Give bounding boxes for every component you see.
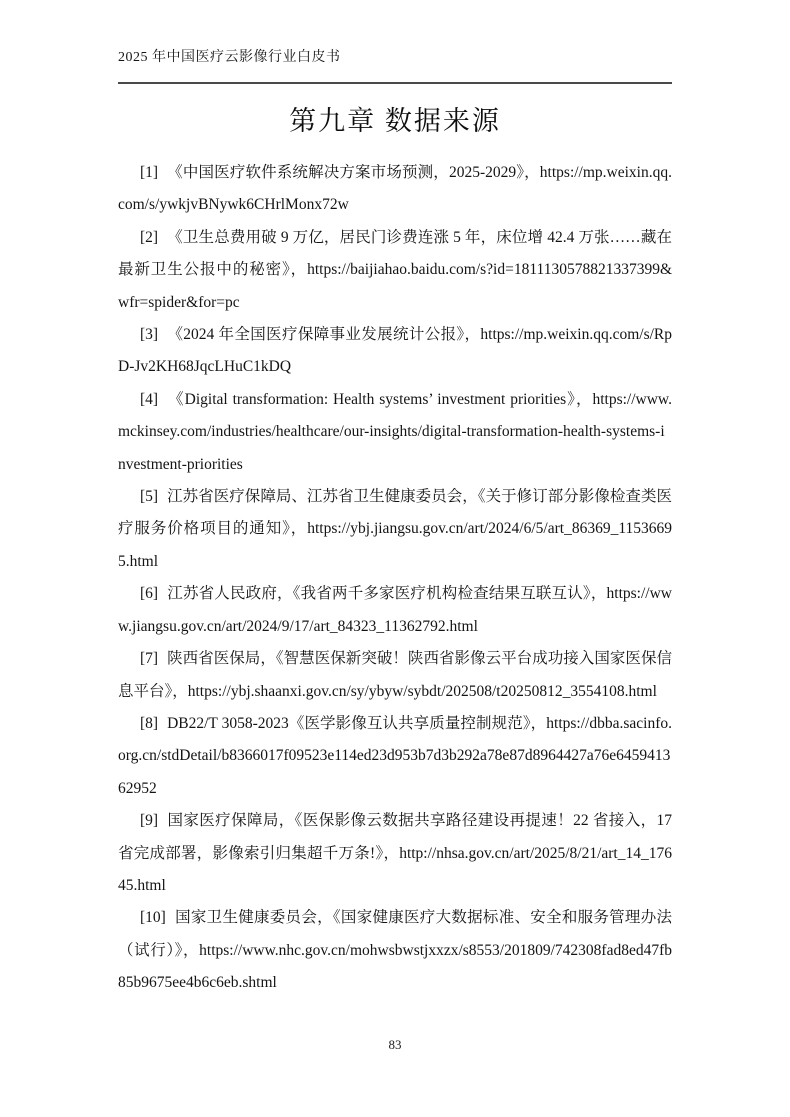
reference-label: [3] — [140, 326, 158, 343]
reference-text: DB22/T 3058-2023《医学影像互认共享质量控制规范》，https:/… — [118, 715, 672, 797]
reference-text: 国家医疗保障局，《医保影像云数据共享路径建设再提速！22 省接入，17 省完成部… — [118, 812, 672, 894]
reference-item: [3]《2024 年全国医疗保障事业发展统计公报》，https://mp.wei… — [118, 319, 672, 384]
reference-text: 《Digital transformation: Health systems’… — [118, 391, 672, 473]
reference-text: 《中国医疗软件系统解决方案市场预测，2025-2029》，https://mp.… — [118, 164, 672, 213]
reference-item: [9]国家医疗保障局，《医保影像云数据共享路径建设再提速！22 省接入，17 省… — [118, 805, 672, 902]
references-list: [1]《中国医疗软件系统解决方案市场预测，2025-2029》，https://… — [118, 157, 672, 1000]
reference-text: 江苏省医疗保障局、江苏省卫生健康委员会，《关于修订部分影像检查类医疗服务价格项目… — [118, 488, 672, 570]
reference-item: [8]DB22/T 3058-2023《医学影像互认共享质量控制规范》，http… — [118, 708, 672, 805]
reference-label: [1] — [140, 164, 158, 181]
reference-label: [4] — [140, 391, 158, 408]
reference-item: [2]《卫生总费用破 9 万亿，居民门诊费连涨 5 年，床位增 42.4 万张…… — [118, 222, 672, 319]
reference-label: [6] — [140, 585, 158, 602]
reference-item: [7]陕西省医保局，《智慧医保新突破！陕西省影像云平台成功接入国家医保信息平台》… — [118, 643, 672, 708]
reference-label: [2] — [140, 229, 158, 246]
reference-text: 《卫生总费用破 9 万亿，居民门诊费连涨 5 年，床位增 42.4 万张……藏在… — [118, 229, 672, 311]
reference-text: 江苏省人民政府，《我省两千多家医疗机构检查结果互联互认》，https://www… — [118, 585, 672, 634]
reference-item: [10]国家卫生健康委员会，《国家健康医疗大数据标准、安全和服务管理办法（试行）… — [118, 902, 672, 999]
reference-label: [8] — [140, 715, 158, 732]
document-page: 2025 年中国医疗云影像行业白皮书 第九章 数据来源 [1]《中国医疗软件系统… — [0, 0, 790, 1117]
reference-item: [5]江苏省医疗保障局、江苏省卫生健康委员会，《关于修订部分影像检查类医疗服务价… — [118, 481, 672, 578]
reference-text: 《2024 年全国医疗保障事业发展统计公报》，https://mp.weixin… — [118, 326, 672, 375]
reference-text: 陕西省医保局，《智慧医保新突破！陕西省影像云平台成功接入国家医保信息平台》，ht… — [118, 650, 672, 699]
reference-item: [4]《Digital transformation: Health syste… — [118, 384, 672, 481]
reference-item: [1]《中国医疗软件系统解决方案市场预测，2025-2029》，https://… — [118, 157, 672, 222]
reference-item: [6]江苏省人民政府，《我省两千多家医疗机构检查结果互联互认》，https://… — [118, 578, 672, 643]
chapter-title: 第九章 数据来源 — [118, 99, 672, 138]
reference-label: [9] — [140, 812, 158, 829]
running-header: 2025 年中国医疗云影像行业白皮书 — [118, 46, 672, 66]
reference-text: 国家卫生健康委员会，《国家健康医疗大数据标准、安全和服务管理办法（试行）》，ht… — [118, 909, 672, 991]
reference-label: [7] — [140, 650, 158, 667]
header-divider — [118, 82, 672, 84]
page-number: 83 — [0, 1037, 790, 1053]
reference-label: [5] — [140, 488, 158, 505]
reference-label: [10] — [140, 909, 166, 926]
